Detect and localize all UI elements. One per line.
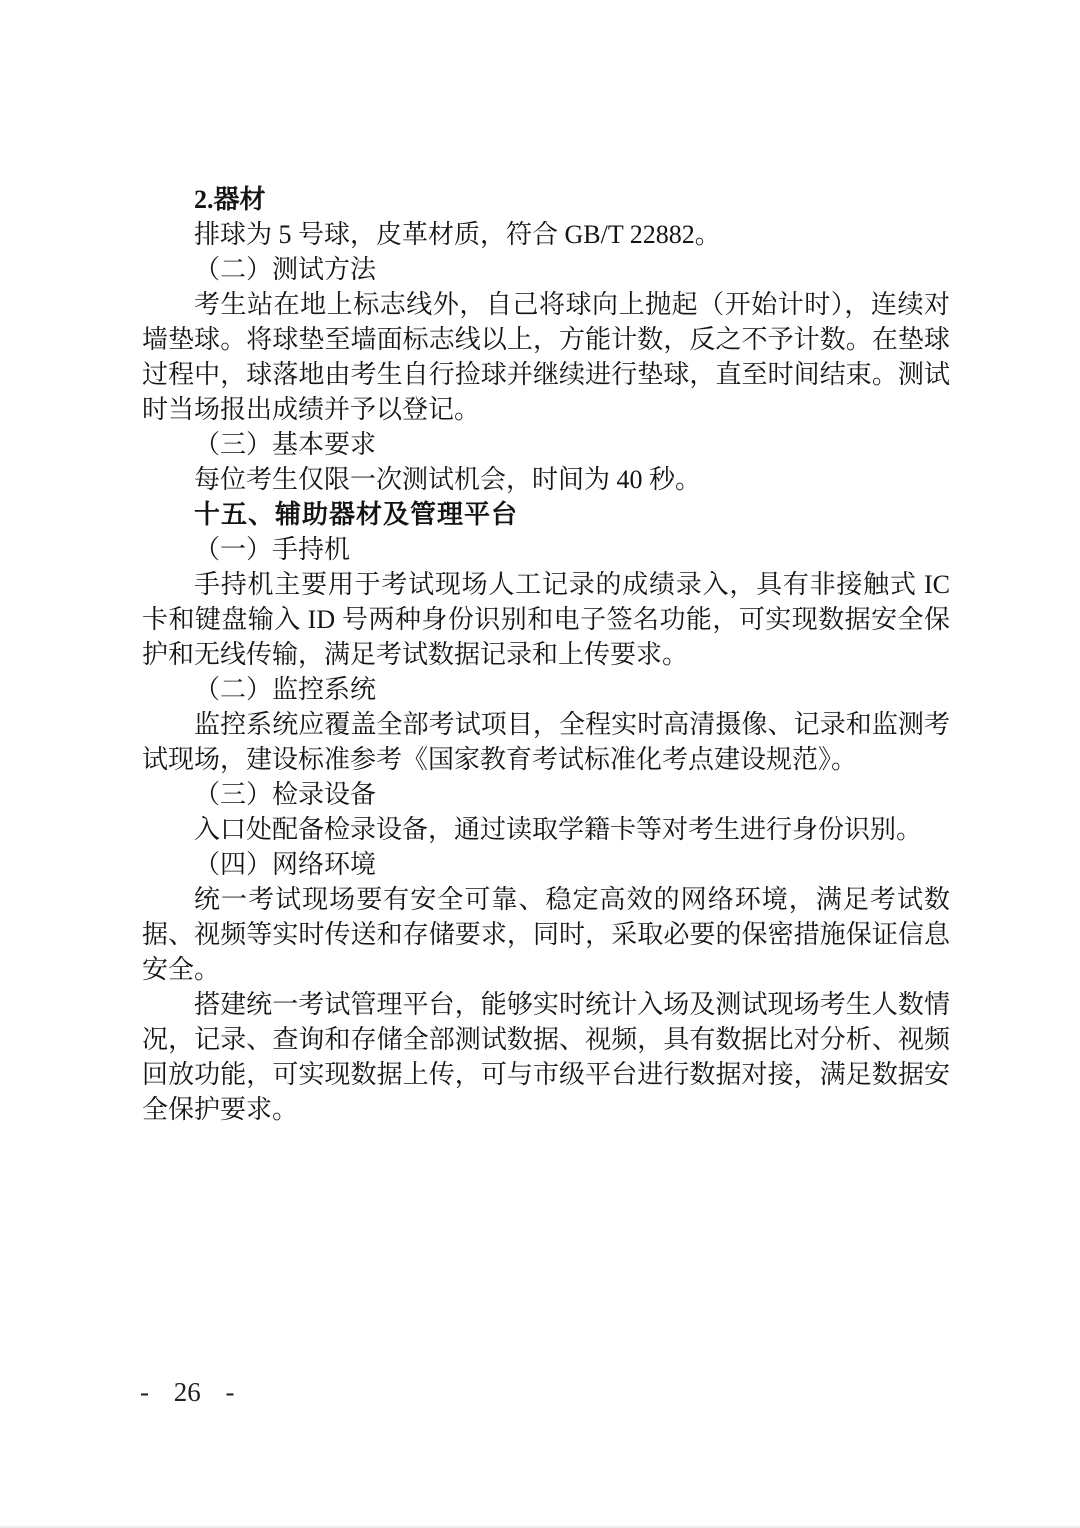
heading-monitoring-system: （二）监控系统 — [142, 672, 950, 707]
document-content: 2.器材 排球为 5 号球，皮革材质，符合 GB/T 22882。 （二）测试方… — [142, 182, 950, 1127]
heading-checkin-equipment: （三）检录设备 — [142, 777, 950, 812]
heading-2-equipment: 2.器材 — [142, 182, 950, 217]
paragraph-handheld-device: 手持机主要用于考试现场人工记录的成绩录入，具有非接触式 IC 卡和键盘输入 ID… — [142, 567, 950, 672]
paragraph-network-env-1: 统一考试现场要有安全可靠、稳定高效的网络环境，满足考试数据、视频等实时传送和存储… — [142, 882, 950, 987]
paragraph-monitoring-system: 监控系统应覆盖全部考试项目，全程实时高清摄像、记录和监测考试现场，建设标准参考《… — [142, 707, 950, 777]
heading-basic-requirements: （三）基本要求 — [142, 427, 950, 462]
document-page: 2.器材 排球为 5 号球，皮革材质，符合 GB/T 22882。 （二）测试方… — [0, 0, 1080, 1528]
heading-test-method: （二）测试方法 — [142, 252, 950, 287]
heading-section-15: 十五、辅助器材及管理平台 — [142, 497, 950, 532]
paragraph-basic-requirements: 每位考生仅限一次测试机会，时间为 40 秒。 — [142, 462, 950, 497]
paragraph-equipment-spec: 排球为 5 号球，皮革材质，符合 GB/T 22882。 — [142, 217, 950, 252]
paragraph-test-method: 考生站在地上标志线外，自己将球向上抛起（开始计时），连续对墙垫球。将球垫至墙面标… — [142, 287, 950, 427]
page-number: - 26 - — [140, 1377, 234, 1407]
paragraph-network-env-2: 搭建统一考试管理平台，能够实时统计入场及测试现场考生人数情况，记录、查询和存储全… — [142, 987, 950, 1127]
heading-handheld-device: （一）手持机 — [142, 532, 950, 567]
paragraph-checkin-equipment: 入口处配备检录设备，通过读取学籍卡等对考生进行身份识别。 — [142, 812, 950, 847]
heading-network-environment: （四）网络环境 — [142, 847, 950, 882]
